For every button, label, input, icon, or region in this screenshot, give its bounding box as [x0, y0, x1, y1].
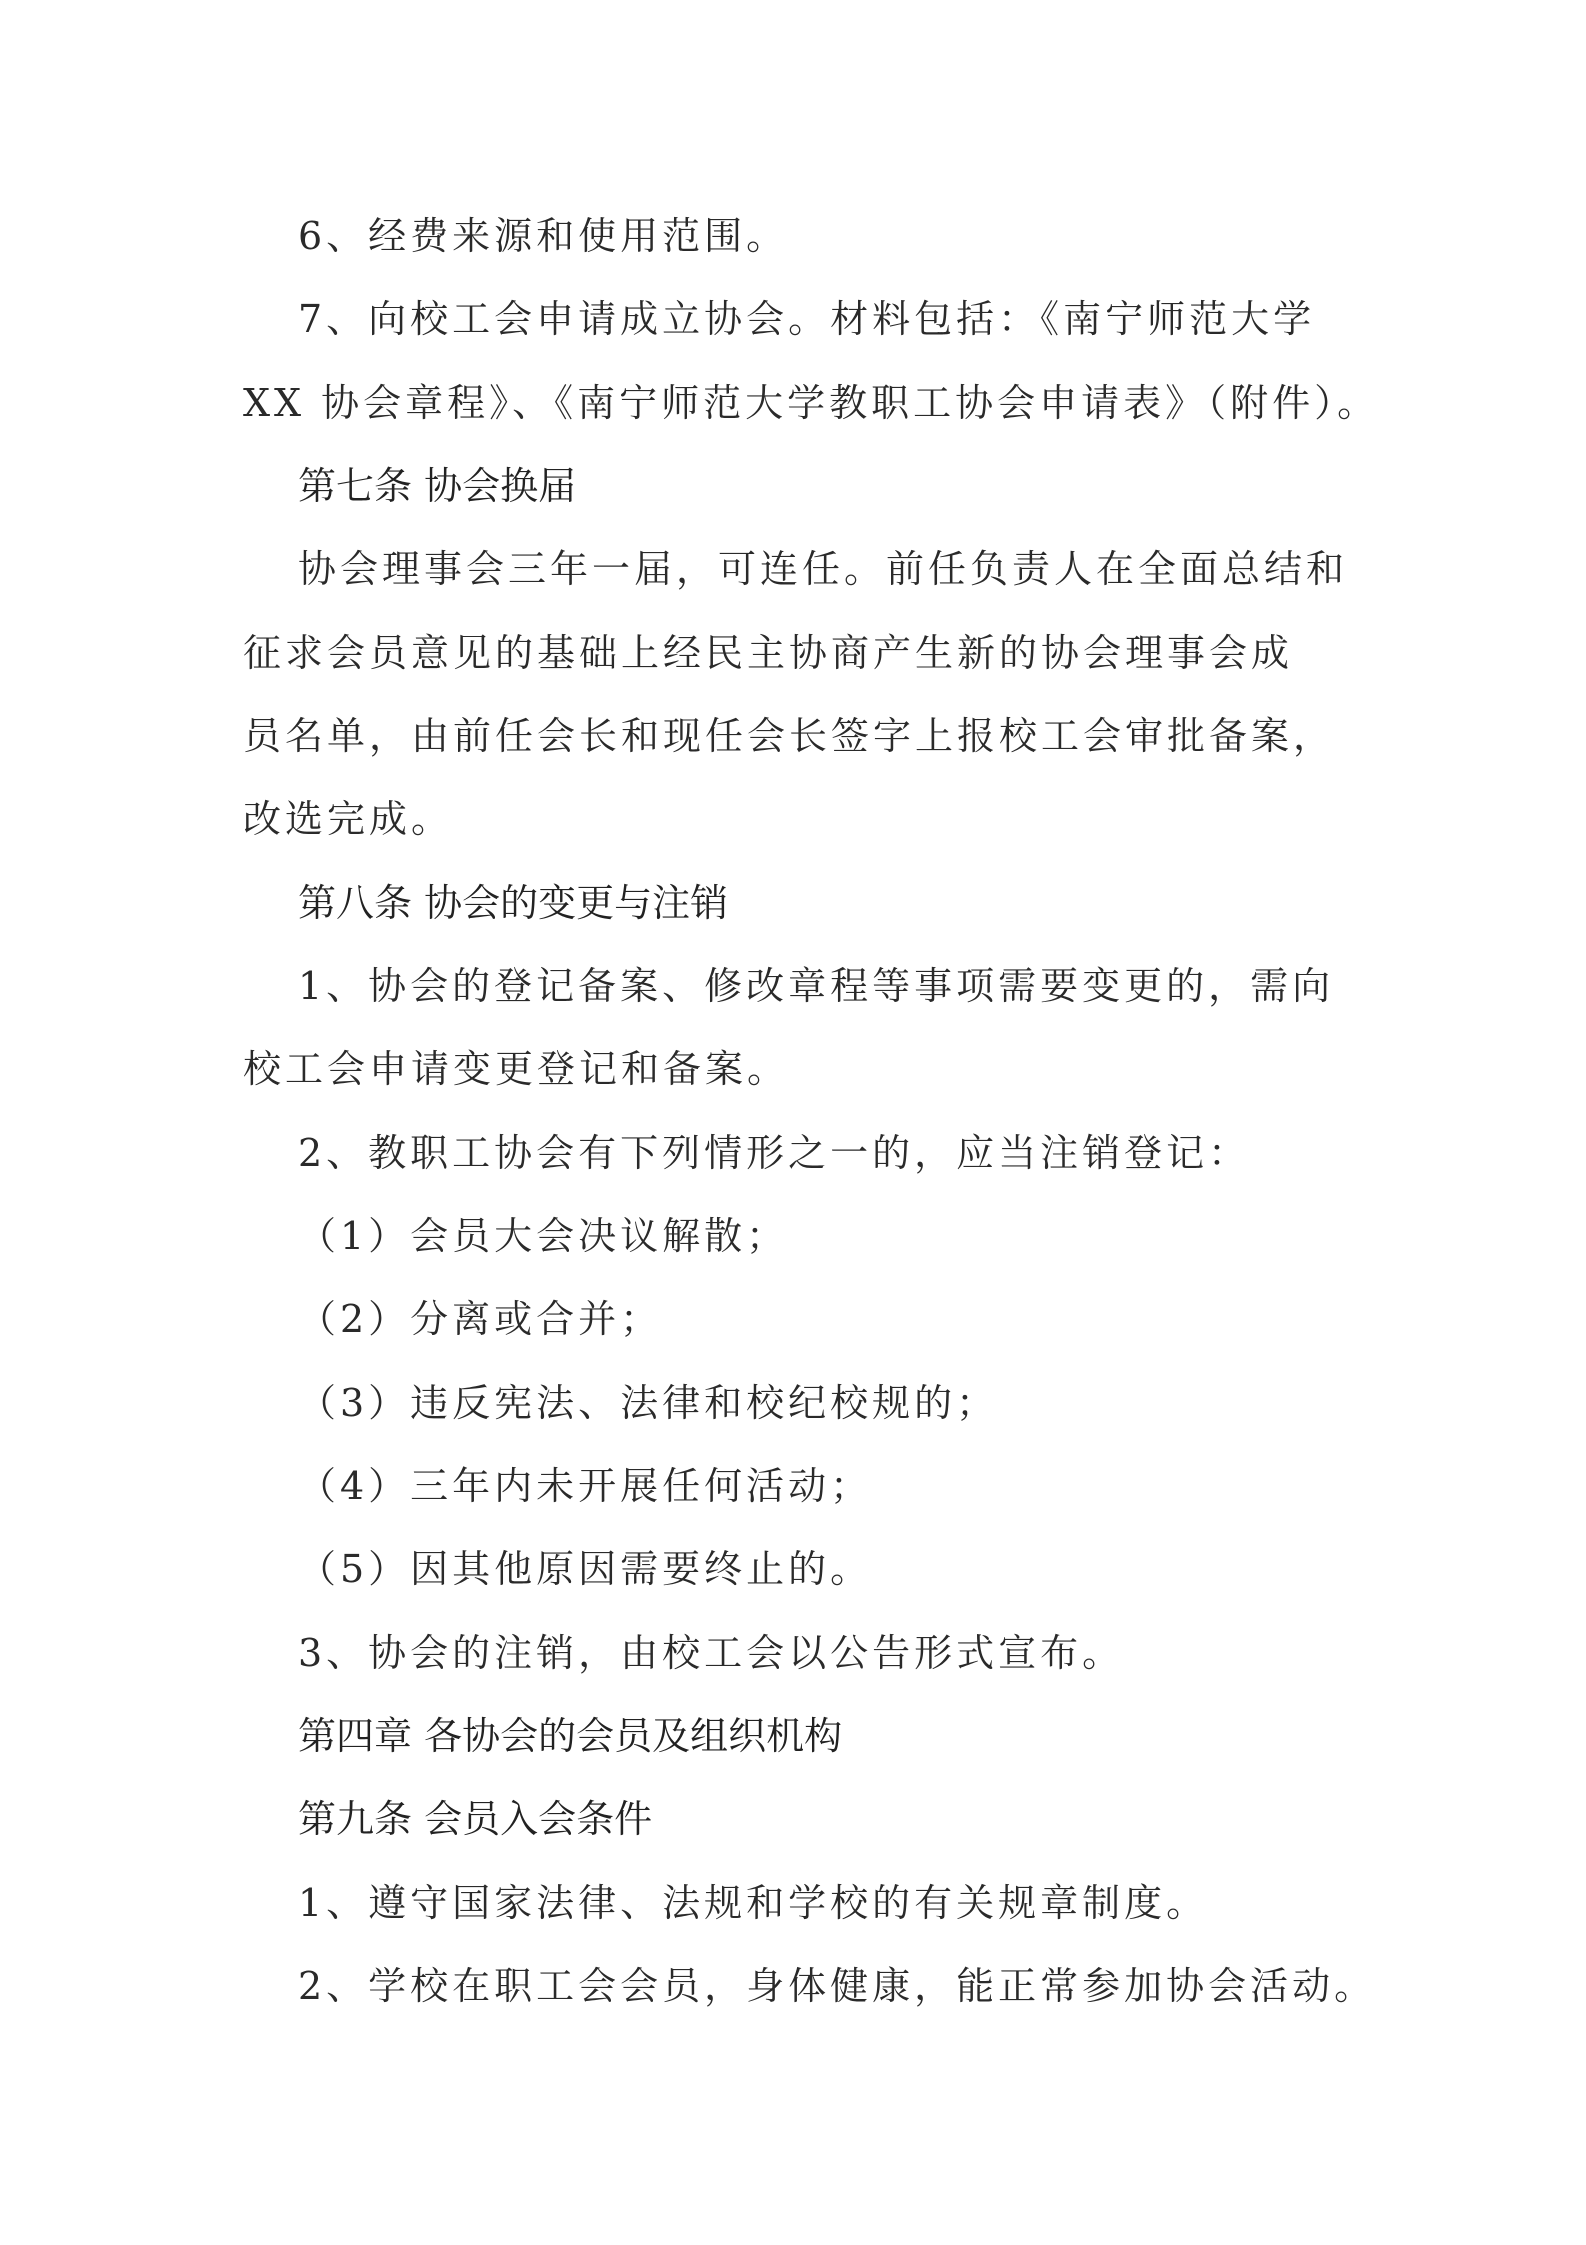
list-item-change-registration-continued: 校工会申请变更登记和备案。	[243, 1028, 1353, 1111]
list-item-change-registration: 1、协会的登记备案、修改章程等事项需要变更的，需向	[243, 945, 1353, 1028]
article-heading-8: 第八条 协会的变更与注销	[243, 862, 1353, 945]
chapter-heading-4: 第四章 各协会的会员及组织机构	[243, 1695, 1353, 1778]
list-item-apply-to-union: 7、向校工会申请成立协会。材料包括：《南宁师范大学	[243, 278, 1353, 361]
list-item-deregistration-conditions: 2、教职工协会有下列情形之一的，应当注销登记：	[243, 1112, 1353, 1195]
subitem-other-reasons: （5）因其他原因需要终止的。	[243, 1528, 1353, 1611]
list-item-deregistration-announcement: 3、协会的注销，由校工会以公告形式宣布。	[243, 1612, 1353, 1695]
paragraph-term-renewal-continued-3: 改选完成。	[243, 778, 1353, 861]
article-heading-7: 第七条 协会换届	[243, 445, 1353, 528]
subitem-dissolution: （1）会员大会决议解散；	[243, 1195, 1353, 1278]
paragraph-term-renewal-continued-2: 员名单，由前任会长和现任会长签字上报校工会审批备案，	[243, 695, 1353, 778]
list-item-apply-to-union-continued: XX 协会章程》、《南宁师范大学教职工协会申请表》（附件）。	[243, 362, 1353, 445]
paragraph-term-renewal: 协会理事会三年一届，可连任。前任负责人在全面总结和	[243, 528, 1353, 611]
list-item-membership-eligibility: 2、学校在职工会会员，身体健康，能正常参加协会活动。	[243, 1945, 1353, 2028]
subitem-inactivity: （4）三年内未开展任何活动；	[243, 1445, 1353, 1528]
paragraph-term-renewal-continued-1: 征求会员意见的基础上经民主协商产生新的协会理事会成	[243, 612, 1353, 695]
article-heading-9: 第九条 会员入会条件	[243, 1778, 1353, 1861]
document-page: 6、经费来源和使用范围。 7、向校工会申请成立协会。材料包括：《南宁师范大学 X…	[243, 195, 1353, 2028]
list-item-funding-source: 6、经费来源和使用范围。	[243, 195, 1353, 278]
subitem-split-merge: （2）分离或合并；	[243, 1278, 1353, 1361]
subitem-violation: （3）违反宪法、法律和校纪校规的；	[243, 1362, 1353, 1445]
list-item-obey-laws: 1、遵守国家法律、法规和学校的有关规章制度。	[243, 1862, 1353, 1945]
